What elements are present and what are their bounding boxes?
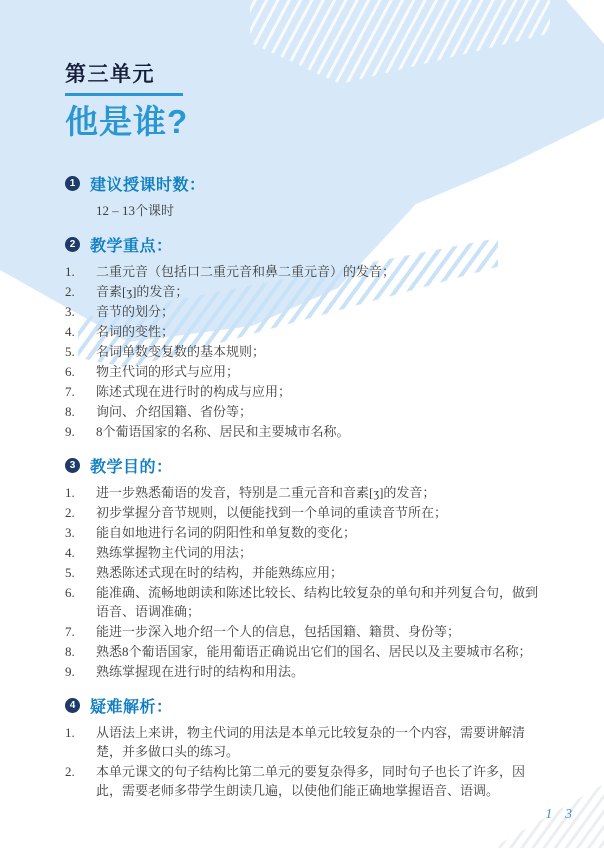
list-item-text: 熟悉8个葡语国家，能用葡语正确说出它们的国名、居民以及主要城市名称； bbox=[96, 642, 548, 661]
section-heading-label: 建议授课时数： bbox=[90, 172, 206, 195]
list-item-number: 5. bbox=[65, 342, 96, 361]
list-item-number: 1. bbox=[65, 723, 96, 761]
numbered-bullet-icon: 1 bbox=[65, 176, 80, 191]
unit-underline bbox=[65, 93, 183, 96]
list-item-text: 从语法上来讲，物主代词的用法是本单元比较复杂的一个内容，需要讲解清楚，并多做口头… bbox=[96, 723, 548, 761]
list-item-text: 陈述式现在进行时的构成与应用； bbox=[96, 382, 548, 401]
list-item-text: 能自如地进行名词的阴阳性和单复数的变化； bbox=[96, 523, 548, 542]
list-item: 5.熟悉陈述式现在时的结构，并能熟练应用； bbox=[65, 563, 548, 582]
list-item-text: 名词单数变复数的基本规则； bbox=[96, 342, 548, 361]
section-4: 4疑难解析：1.从语法上来讲，物主代词的用法是本单元比较复杂的一个内容，需要讲解… bbox=[65, 694, 548, 800]
list-item: 8.熟悉8个葡语国家，能用葡语正确说出它们的国名、居民以及主要城市名称； bbox=[65, 642, 548, 661]
sections: 1建议授课时数：12 – 13个课时2教学重点：1.二重元音（包括口二重元音和鼻… bbox=[65, 172, 548, 800]
list-item-text: 音素[ʒ]的发音； bbox=[96, 282, 548, 301]
list-item: 1.二重元音（包括口二重元音和鼻二重元音）的发音； bbox=[65, 262, 548, 281]
list-item: 4.熟练掌握物主代词的用法； bbox=[65, 543, 548, 562]
list-item-number: 6. bbox=[65, 362, 96, 381]
list-item: 3.能自如地进行名词的阴阳性和单复数的变化； bbox=[65, 523, 548, 542]
section-heading: 3教学目的： bbox=[65, 454, 548, 477]
list-item: 9.熟练掌握现在进行时的结构和用法。 bbox=[65, 662, 548, 681]
list-item-number: 2. bbox=[65, 762, 96, 800]
section-3: 3教学目的：1.进一步熟悉葡语的发音，特别是二重元音和音素[ʒ]的发音；2.初步… bbox=[65, 454, 548, 681]
list-item-text: 熟练掌握物主代词的用法； bbox=[96, 543, 548, 562]
unit-label: 第三单元 bbox=[65, 58, 548, 88]
list-item-number: 2. bbox=[65, 282, 96, 301]
list-item: 2.音素[ʒ]的发音； bbox=[65, 282, 548, 301]
list-item-text: 初步掌握分音节规则，以便能找到一个单词的重读音节所在； bbox=[96, 503, 548, 522]
numbered-bullet-icon: 3 bbox=[65, 458, 80, 473]
list-item: 1.从语法上来讲，物主代词的用法是本单元比较复杂的一个内容，需要讲解清楚，并多做… bbox=[65, 723, 548, 761]
section-2: 2教学重点：1.二重元音（包括口二重元音和鼻二重元音）的发音；2.音素[ʒ]的发… bbox=[65, 233, 548, 441]
list-item-number: 1. bbox=[65, 262, 96, 281]
list-item-text: 进一步熟悉葡语的发音，特别是二重元音和音素[ʒ]的发音； bbox=[96, 483, 548, 502]
list-item: 3.音节的划分； bbox=[65, 302, 548, 321]
list-item-text: 能准确、流畅地朗读和陈述比较长、结构比较复杂的单句和并列复合句，做到语音、语调准… bbox=[96, 583, 548, 621]
list-item: 7.能进一步深入地介绍一个人的信息，包括国籍、籍贯、身份等； bbox=[65, 622, 548, 641]
section-heading-label: 教学目的： bbox=[90, 454, 173, 477]
list-item: 6.能准确、流畅地朗读和陈述比较长、结构比较复杂的单句和并列复合句，做到语音、语… bbox=[65, 583, 548, 621]
list-item-text: 询问、介绍国籍、省份等； bbox=[96, 402, 548, 421]
list-item-text: 熟练掌握现在进行时的结构和用法。 bbox=[96, 662, 548, 681]
page-title: 他是谁? bbox=[65, 103, 548, 141]
list-item: 5.名词单数变复数的基本规则； bbox=[65, 342, 548, 361]
section-heading: 4疑难解析： bbox=[65, 694, 548, 717]
list-item-number: 4. bbox=[65, 322, 96, 341]
list-item-number: 7. bbox=[65, 622, 96, 641]
list-item-text: 物主代词的形式与应用； bbox=[96, 362, 548, 381]
list-item-number: 9. bbox=[65, 422, 96, 441]
list-item-text: 二重元音（包括口二重元音和鼻二重元音）的发音； bbox=[96, 262, 548, 281]
document-page: 第三单元 他是谁? 1建议授课时数：12 – 13个课时2教学重点：1.二重元音… bbox=[0, 0, 604, 848]
numbered-bullet-icon: 2 bbox=[65, 237, 80, 252]
section-heading: 1建议授课时数： bbox=[65, 172, 548, 195]
list-item-number: 1. bbox=[65, 483, 96, 502]
list-item-number: 8. bbox=[65, 642, 96, 661]
list-item: 1.进一步熟悉葡语的发音，特别是二重元音和音素[ʒ]的发音； bbox=[65, 483, 548, 502]
list-item-text: 音节的划分； bbox=[96, 302, 548, 321]
numbered-bullet-icon: 4 bbox=[65, 698, 80, 713]
list-item-number: 2. bbox=[65, 503, 96, 522]
section-1: 1建议授课时数：12 – 13个课时 bbox=[65, 172, 548, 220]
list-item-number: 6. bbox=[65, 583, 96, 621]
list-item-text: 本单元课文的句子结构比第二单元的要复杂得多，同时句子也长了许多，因此，需要老师多… bbox=[96, 762, 548, 800]
list-item-number: 8. bbox=[65, 402, 96, 421]
section-heading: 2教学重点： bbox=[65, 233, 548, 256]
list-item: 2.初步掌握分音节规则，以便能找到一个单词的重读音节所在； bbox=[65, 503, 548, 522]
list-item-number: 4. bbox=[65, 543, 96, 562]
list-item-text: 名词的变性； bbox=[96, 322, 548, 341]
list-item-text: 8个葡语国家的名称、居民和主要城市名称。 bbox=[96, 422, 548, 441]
list-item-number: 5. bbox=[65, 563, 96, 582]
section-heading-label: 教学重点： bbox=[90, 233, 173, 256]
list-item: 12 – 13个课时 bbox=[65, 201, 548, 220]
list-item: 2.本单元课文的句子结构比第二单元的要复杂得多，同时句子也长了许多，因此，需要老… bbox=[65, 762, 548, 800]
list-item: 6.物主代词的形式与应用； bbox=[65, 362, 548, 381]
list-item: 9.8个葡语国家的名称、居民和主要城市名称。 bbox=[65, 422, 548, 441]
list-item-number: 3. bbox=[65, 523, 96, 542]
section-heading-label: 疑难解析： bbox=[90, 694, 173, 717]
list-item: 4.名词的变性； bbox=[65, 322, 548, 341]
list-item-number: 7. bbox=[65, 382, 96, 401]
list-item-text: 能进一步深入地介绍一个人的信息，包括国籍、籍贯、身份等； bbox=[96, 622, 548, 641]
list-item-number: 3. bbox=[65, 302, 96, 321]
page-number: 1 3 bbox=[546, 806, 573, 822]
list-item-number: 9. bbox=[65, 662, 96, 681]
page-number-digit: 3 bbox=[565, 806, 572, 822]
page-number-digit: 1 bbox=[546, 806, 553, 822]
list-item: 8.询问、介绍国籍、省份等； bbox=[65, 402, 548, 421]
list-item: 7.陈述式现在进行时的构成与应用； bbox=[65, 382, 548, 401]
page-content: 第三单元 他是谁? 1建议授课时数：12 – 13个课时2教学重点：1.二重元音… bbox=[0, 0, 604, 848]
list-item-number bbox=[65, 201, 96, 220]
list-item-text: 熟悉陈述式现在时的结构，并能熟练应用； bbox=[96, 563, 548, 582]
list-item-text: 12 – 13个课时 bbox=[96, 201, 548, 220]
